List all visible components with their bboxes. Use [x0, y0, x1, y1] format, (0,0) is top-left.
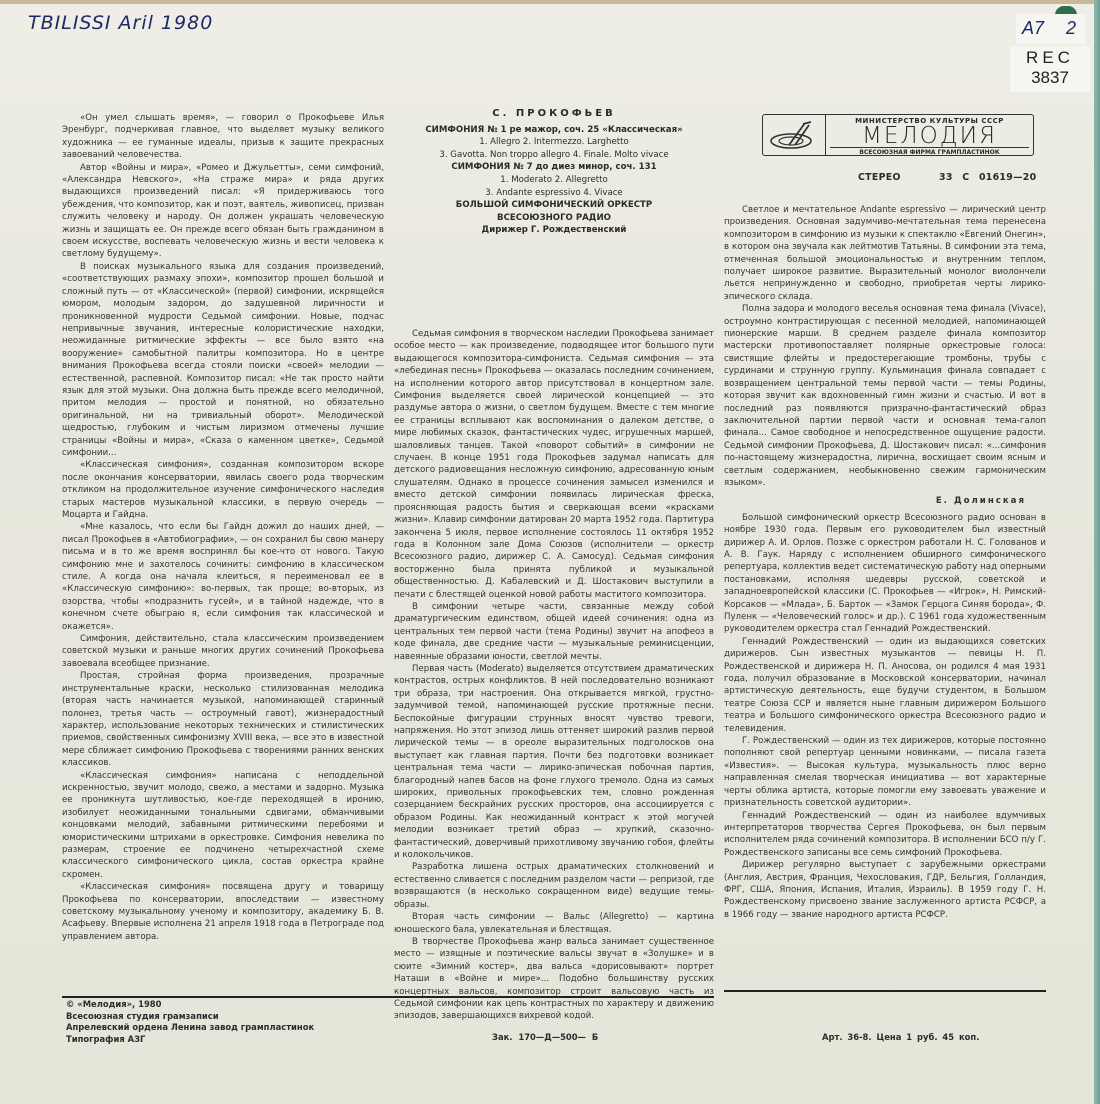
- work-2-movements-b: 3. Andante espressivo 4. Vivace: [394, 187, 714, 200]
- bio-paragraph: Дирижер регулярно выступает с зарубежным…: [724, 859, 1046, 921]
- melodiya-logo: МИНИСТЕРСТВО КУЛЬТУРЫ СССР МЕЛОДИЯ ВСЕСО…: [762, 114, 1034, 156]
- program-heading: С. ПРОКОФЬЕВ СИМФОНИЯ № 1 ре мажор, соч.…: [394, 108, 714, 237]
- logo-subtitle: ВСЕСОЮЗНАЯ ФИРМА ГРАМПЛАСТИНОК: [830, 147, 1029, 156]
- left-paragraph: Симфония, действительно, стала классичес…: [62, 633, 384, 670]
- pressing-plant: Апрелевский ордена Ленина завод грамплас…: [66, 1022, 314, 1034]
- left-paragraph: «Классическая симфония» написана с непод…: [62, 770, 384, 882]
- notes-author: Е. Долинская: [724, 495, 1026, 507]
- stereo-label: СТЕРЕО: [858, 172, 901, 183]
- middle-paragraph: Разработка лишена острых драматических с…: [394, 861, 714, 911]
- footer-divider-left: [62, 996, 714, 998]
- studio: Всесоюзная студия грамзаписи: [66, 1011, 314, 1023]
- price-line: Арт. 36-8. Цена 1 руб. 45 коп.: [822, 1032, 979, 1042]
- catalog-sticker-number: 3837: [1010, 68, 1090, 88]
- left-paragraph: «Он умел слышать время», — говорил о Про…: [62, 112, 384, 162]
- bio-paragraph: Геннадий Рождественский — один из наибол…: [724, 810, 1046, 860]
- copyright: © «Мелодия», 1980: [66, 999, 314, 1011]
- left-paragraph: «Классическая симфония», созданная компо…: [62, 459, 384, 521]
- right-paragraph: Светлое и мечтательное Andante espressiv…: [724, 204, 1046, 303]
- work-2-title: СИМФОНИЯ № 7 до диез минор, соч. 131: [394, 161, 714, 174]
- middle-paragraph: Вторая часть симфонии — Вальс (Allegrett…: [394, 911, 714, 936]
- inventory-code: A7: [1022, 18, 1044, 39]
- middle-paragraph: В творчестве Прокофьева жанр вальса зани…: [394, 936, 714, 1023]
- orchestra-line-1: БОЛЬШОЙ СИМФОНИЧЕСКИЙ ОРКЕСТР: [394, 199, 714, 212]
- bio-paragraph: Г. Рождественский — один из тех дирижеро…: [724, 735, 1046, 809]
- left-paragraph: Простая, стройная форма произведения, пр…: [62, 670, 384, 769]
- left-paragraph: «Классическая симфония» посвящена другу …: [62, 881, 384, 943]
- work-2-movements-a: 1. Moderato 2. Allegretto: [394, 174, 714, 187]
- middle-paragraph: Седьмая симфония в творческом наследии П…: [394, 328, 714, 601]
- orchestra-line-2: ВСЕСОЮЗНОГО РАДИО: [394, 212, 714, 225]
- order-number: Зак. 170—Д—500— Б: [492, 1032, 598, 1042]
- record-sleeve-back: TBILISSI Aril 1980 A7 2 REC 3837 МИНИСТЕ…: [0, 0, 1100, 1104]
- work-1-title: СИМФОНИЯ № 1 ре мажор, соч. 25 «Классиче…: [394, 124, 714, 137]
- catalog-number: 33 С 01619—20: [939, 172, 1036, 183]
- printer: Типография АЗГ: [66, 1034, 314, 1046]
- work-1-movements-b: 3. Gavotta. Non troppo allegro 4. Finale…: [394, 149, 714, 162]
- handwritten-note: TBILISSI Aril 1980: [28, 12, 213, 34]
- notes-right-column: Светлое и мечтательное Andante espressiv…: [724, 204, 1046, 921]
- inventory-sticker: A7 2: [1016, 14, 1086, 44]
- conductor: Дирижер Г. Рождественский: [394, 224, 714, 237]
- right-paragraph: Полна задора и молодого веселья основная…: [724, 303, 1046, 489]
- catalog-sticker: REC 3837: [1010, 46, 1090, 92]
- middle-paragraph: Первая часть (Moderato) выделяется отсут…: [394, 663, 714, 862]
- inventory-number: 2: [1066, 18, 1076, 39]
- sleeve-right-edge: [1094, 0, 1100, 1104]
- footer-credits: © «Мелодия», 1980 Всесоюзная студия грам…: [66, 999, 314, 1045]
- notes-middle-column: Седьмая симфония в творческом наследии П…: [394, 328, 714, 1023]
- left-paragraph: В поисках музыкального языка для создани…: [62, 261, 384, 460]
- work-1-movements-a: 1. Allegro 2. Intermezzo. Larghetto: [394, 136, 714, 149]
- sleeve-top-edge: [0, 0, 1100, 4]
- footer-divider-right: [724, 990, 1046, 992]
- melodiya-emblem-icon: [763, 115, 826, 155]
- catalog-line: СТЕРЕО 33 С 01619—20: [858, 172, 1036, 183]
- bio-paragraph: Геннадий Рождественский — один из выдающ…: [724, 636, 1046, 735]
- catalog-sticker-prefix: REC: [1010, 48, 1090, 68]
- composer-name: С. ПРОКОФЬЕВ: [394, 108, 714, 121]
- left-paragraph: «Мне казалось, что если бы Гайдн дожил д…: [62, 521, 384, 633]
- middle-paragraph: В симфонии четыре части, связанные между…: [394, 601, 714, 663]
- logo-brand: МЕЛОДИЯ: [826, 125, 1033, 147]
- bio-paragraph: Большой симфонический оркестр Всесоюзног…: [724, 512, 1046, 636]
- notes-left-column: «Он умел слышать время», — говорил о Про…: [62, 112, 384, 943]
- left-paragraph: Автор «Войны и мира», «Ромео и Джульетты…: [62, 162, 384, 261]
